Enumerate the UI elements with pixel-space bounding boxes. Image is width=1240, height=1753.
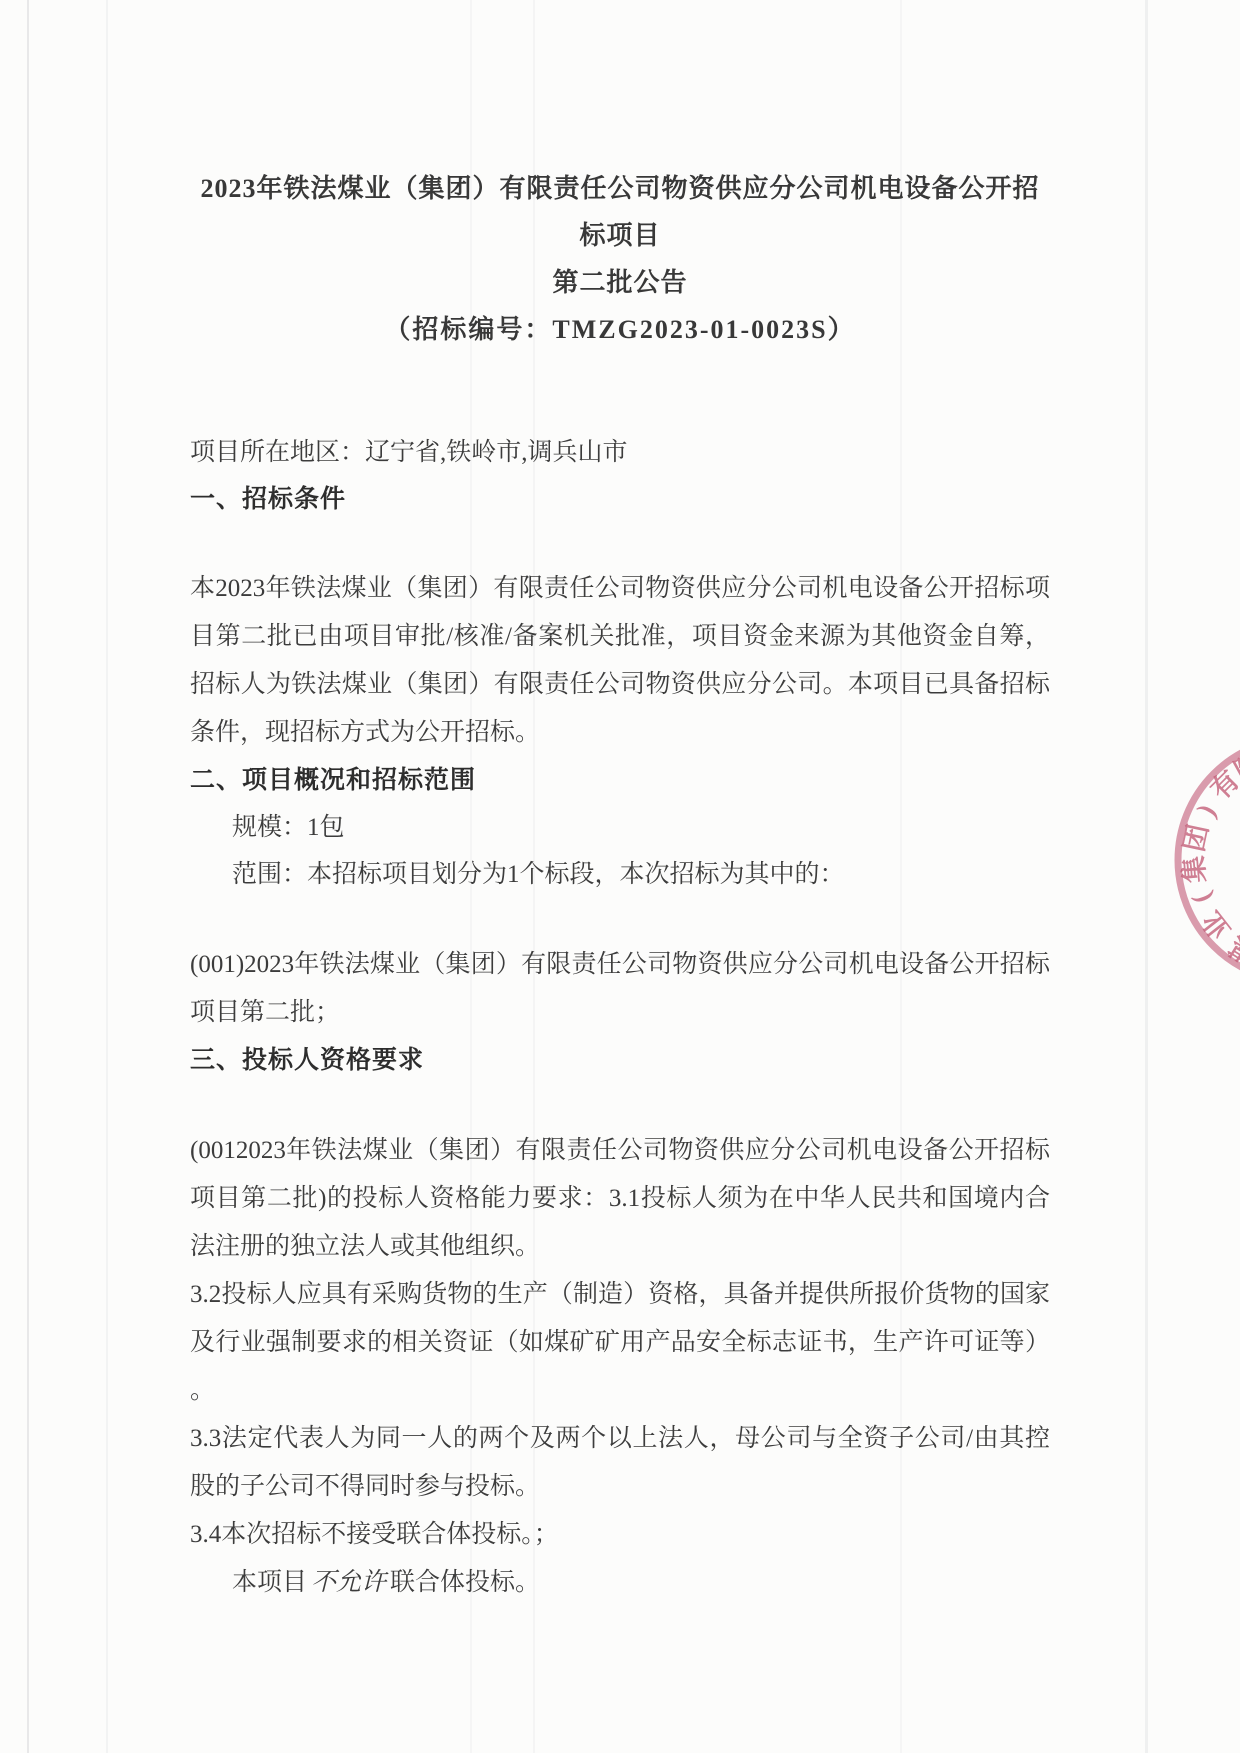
seal-char: ( [1185,888,1216,907]
company-round-seal: 煤 业 ( 集 团 ) 有 限 [1080,690,1240,1030]
consortium-suffix: 联合体投标。 [390,1569,540,1596]
scale-line: 规模：1包 [190,804,1050,851]
section3-heading: 三、投标人资格要求 [190,1037,1050,1084]
scope-line: 范围：本招标项目划分为1个标段，本次招标为其中的： [190,851,1050,898]
section3-line: 3.4本次招标不接受联合体投标。； [190,1511,1050,1559]
section3-line: 及行业强制要求的相关资证（如煤矿矿用产品安全标志证书，生产许可证等） [190,1319,1050,1367]
section1-line: 目第二批已由项目审批/核准/备案机关批准，项目资金来源为其他资金自筹， [190,613,1050,661]
lot-line: 项目第二批； [190,989,1050,1037]
section1-line: 本2023年铁法煤业（集团）有限责任公司物资供应分公司机电设备公开招标项 [190,565,1050,613]
seal-char: 有 [1205,765,1240,805]
seal-char: ) [1191,799,1222,821]
seal-ring [1178,738,1240,982]
seal-char: 煤 [1224,930,1240,970]
section3-line: 3.2投标人应具有采购货物的生产（制造）资格，具备并提供所报价货物的国家 [190,1271,1050,1319]
scan-artifact-line [27,0,29,1753]
lot-line: (001)2023年铁法煤业（集团）有限责任公司物资供应分公司机电设备公开招标 [190,941,1050,989]
seal-char: 团 [1179,822,1214,855]
scan-artifact-line [1145,0,1148,1753]
doc-title-line2: 第二批公告 [190,259,1050,306]
doc-title-line1: 2023年铁法煤业（集团）有限责任公司物资供应分公司机电设备公开招标项目 [190,165,1050,259]
section3-line: 股的子公司不得同时参与投标。 [190,1463,1050,1511]
section3-line: 项目第二批)的投标人资格能力要求：3.1投标人须为在中华人民共和国境内合 [190,1175,1050,1223]
seal-char: 集 [1177,855,1210,885]
section1-heading: 一、招标条件 [190,476,1050,523]
section3-line: 。 [190,1367,1050,1415]
document-body: 2023年铁法煤业（集团）有限责任公司物资供应分公司机电设备公开招标项目 第二批… [190,0,1050,1607]
section3-line: 法注册的独立法人或其他组织。 [190,1223,1050,1271]
seal-char: 业 [1196,905,1236,945]
seal-char: 限 [1230,748,1240,787]
consortium-emphasis: 不允许 [307,1569,390,1596]
section1-line: 招标人为铁法煤业（集团）有限责任公司物资供应分公司。本项目已具备招标 [190,661,1050,709]
scanned-document-page: 2023年铁法煤业（集团）有限责任公司物资供应分公司机电设备公开招标项目 第二批… [0,0,1240,1753]
section3-line: 3.3法定代表人为同一人的两个及两个以上法人，母公司与全资子公司/由其控 [190,1415,1050,1463]
section3-line: (0012023年铁法煤业（集团）有限责任公司物资供应分公司机电设备公开招标 [190,1127,1050,1175]
scan-artifact-line [106,0,108,1753]
consortium-statement: 本项目不允许联合体投标。 [190,1559,1050,1607]
consortium-prefix: 本项目 [232,1569,307,1596]
section2-heading: 二、项目概况和招标范围 [190,757,1050,804]
tender-number: （招标编号：TMZG2023-01-0023S） [190,306,1050,353]
section1-line: 条件，现招标方式为公开招标。 [190,709,1050,757]
project-location: 项目所在地区：辽宁省,铁岭市,调兵山市 [190,429,1050,476]
